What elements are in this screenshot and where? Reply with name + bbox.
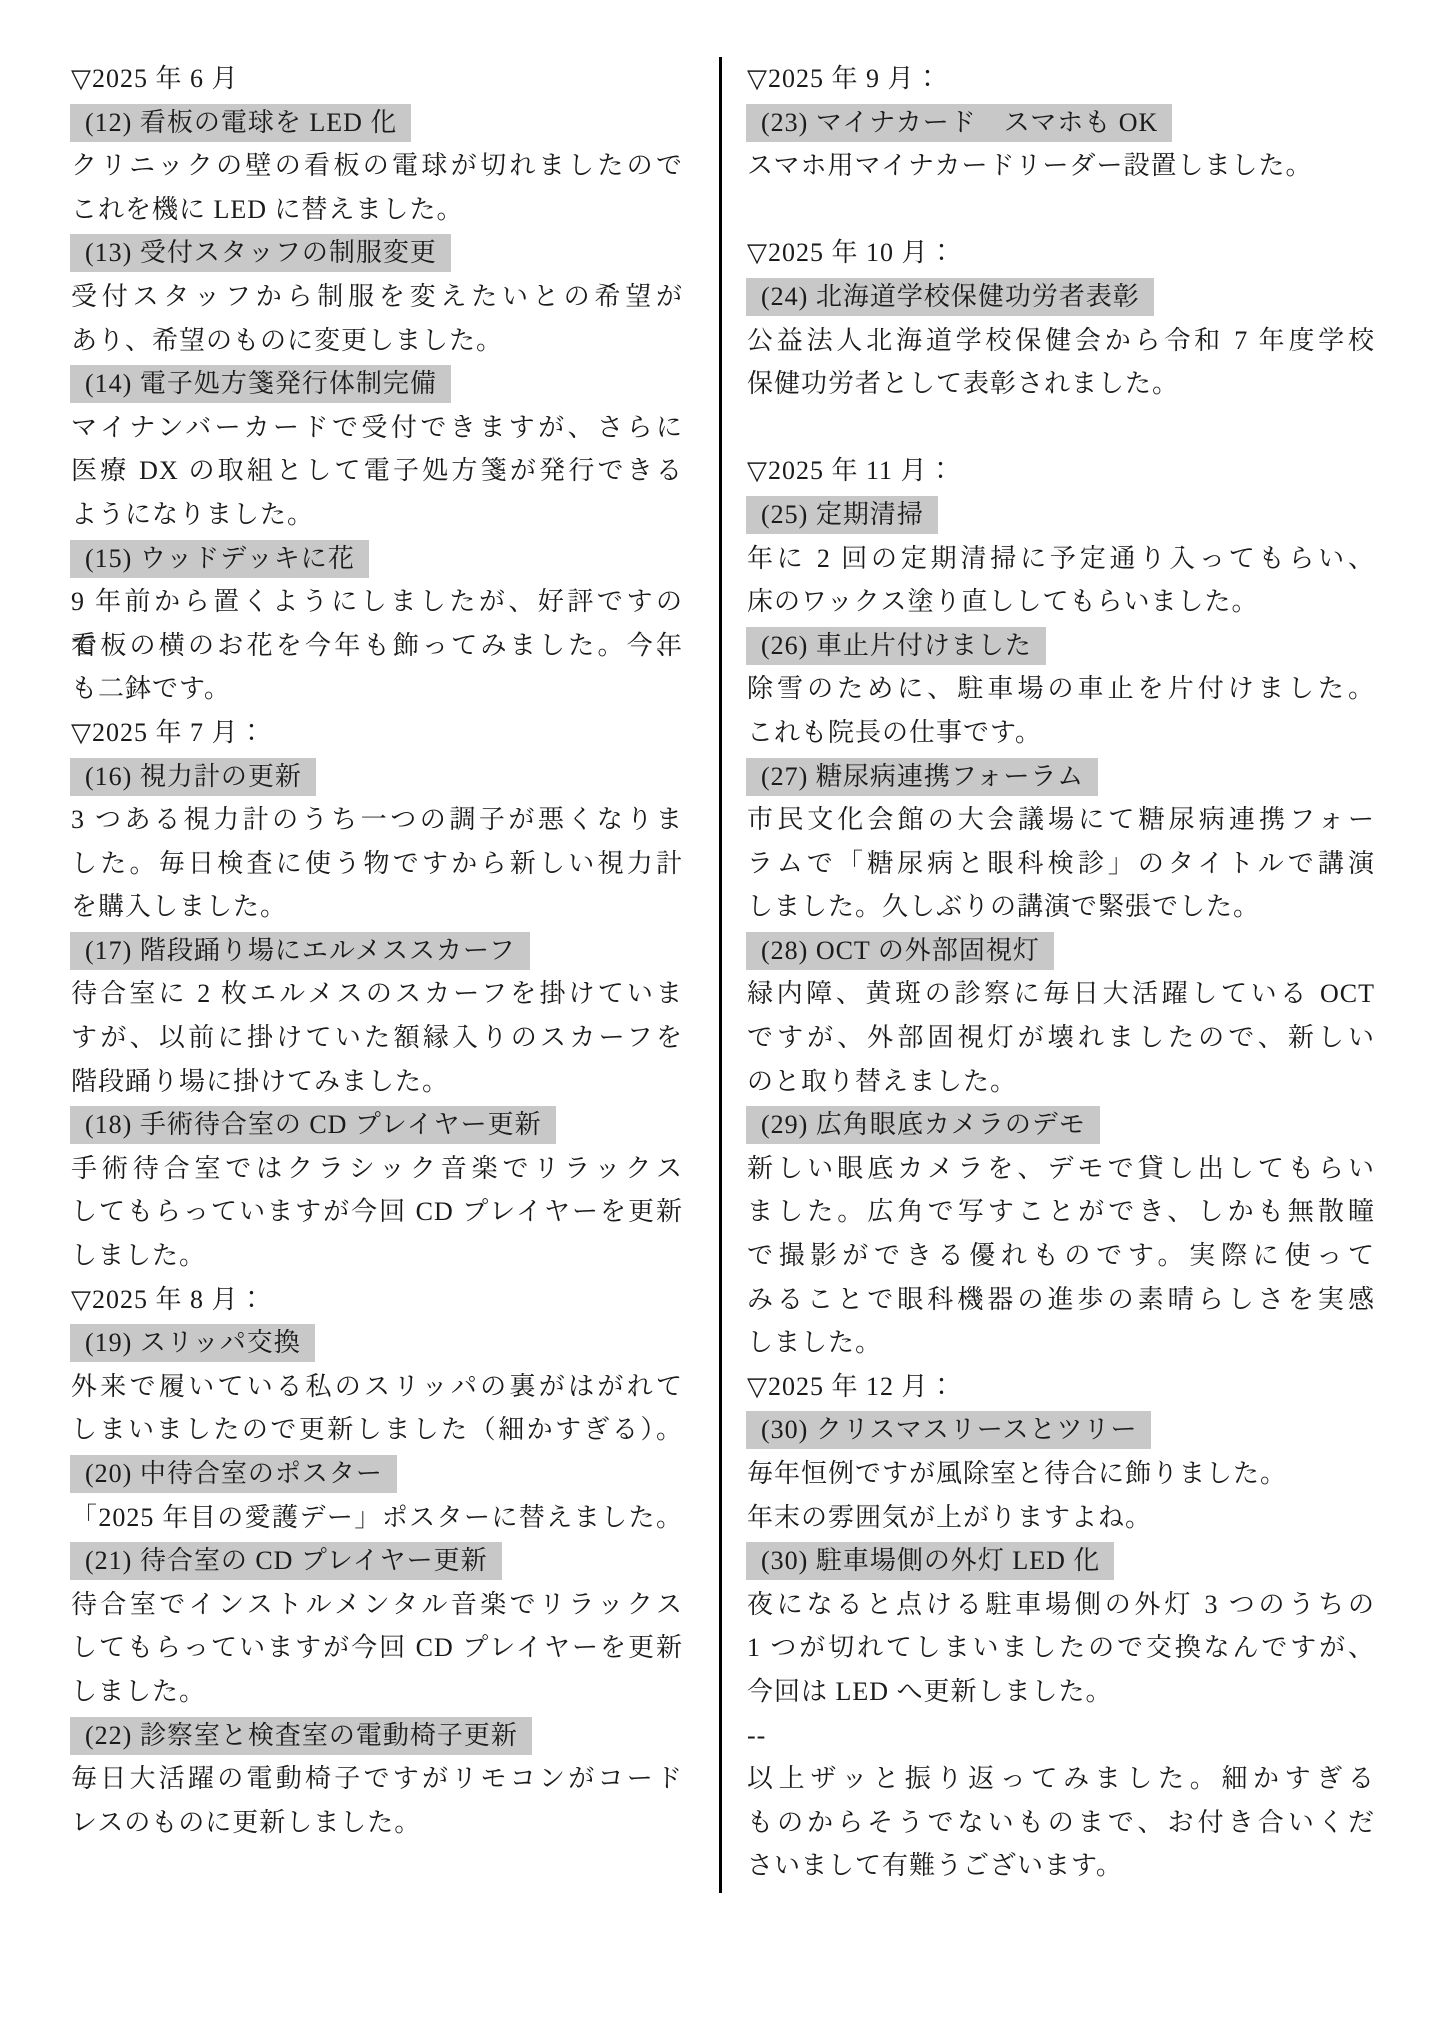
body-text-line: 待合室でインストルメンタル音楽でリラックス (71, 1583, 683, 1627)
item-heading: (25) 定期清掃 (747, 493, 1375, 537)
right-column: ▽2025 年 9 月：(23) マイナカード スマホも OKスマホ用マイナカー… (747, 57, 1375, 1888)
body-text-line: 緑内障、黄斑の診察に毎日大活躍している OCT (747, 972, 1375, 1016)
item-heading: (15) ウッドデッキに花 (71, 537, 683, 581)
section-month-label: ▽2025 年 7 月： (71, 711, 683, 755)
body-text-line: みることで眼科機器の進歩の素晴らしさを実感 (747, 1278, 1375, 1322)
body-text-line: ようになりました。 (71, 493, 683, 537)
heading-highlight: (24) 北海道学校保健功労者表彰 (746, 278, 1154, 316)
body-text-line: 年末の雰囲気が上がりますよね。 (747, 1496, 1375, 1540)
body-text-line: しました。 (71, 1670, 683, 1714)
item-heading: (14) 電子処方箋発行体制完備 (71, 362, 683, 406)
item-heading: (20) 中待合室のポスター (71, 1452, 683, 1496)
body-text-line: しました。 (71, 1234, 683, 1278)
body-text-line: 夜になると点ける駐車場側の外灯 3 つのうちの (747, 1583, 1375, 1627)
heading-highlight: (30) クリスマスリースとツリー (746, 1411, 1151, 1449)
item-heading: (17) 階段踊り場にエルメススカーフ (71, 929, 683, 973)
body-text-line: した。毎日検査に使う物ですから新しい視力計 (71, 842, 683, 886)
body-text-line: これも院長の仕事です。 (747, 711, 1375, 755)
body-text-line: スマホ用マイナカードリーダー設置しました。 (747, 144, 1375, 188)
heading-highlight: (19) スリッパ交換 (70, 1324, 315, 1362)
item-heading: (29) 広角眼底カメラのデモ (747, 1103, 1375, 1147)
body-text-line: 手術待合室ではクラシック音楽でリラックス (71, 1147, 683, 1191)
heading-highlight: (16) 視力計の更新 (70, 758, 316, 796)
body-text-line: ですが、外部固視灯が壊れましたので、新しい (747, 1016, 1375, 1060)
item-heading: (12) 看板の電球を LED 化 (71, 101, 683, 145)
body-text-line: 除雪のために、駐車場の車止を片付けました。 (747, 667, 1375, 711)
item-heading: (18) 手術待合室の CD プレイヤー更新 (71, 1103, 683, 1147)
heading-highlight: (13) 受付スタッフの制服変更 (70, 234, 451, 272)
item-heading: (30) 駐車場側の外灯 LED 化 (747, 1539, 1375, 1583)
body-text-line: 外来で履いている私のスリッパの裏がはがれて (71, 1365, 683, 1409)
separator-line: -- (747, 1714, 1375, 1758)
body-text-line: ました。広角で写すことができ、しかも無散瞳 (747, 1190, 1375, 1234)
body-text-line: 受付スタッフから制服を変えたいとの希望が (71, 275, 683, 319)
body-text-line: も二鉢です。 (71, 667, 683, 711)
item-heading: (24) 北海道学校保健功労者表彰 (747, 275, 1375, 319)
section-month-label: ▽2025 年 9 月： (747, 57, 1375, 101)
section-month-label: ▽2025 年 11 月： (747, 449, 1375, 493)
heading-highlight: (20) 中待合室のポスター (70, 1455, 397, 1493)
body-text-line: 毎日大活躍の電動椅子ですがリモコンがコード (71, 1757, 683, 1801)
heading-highlight: (22) 診察室と検査室の電動椅子更新 (70, 1717, 532, 1755)
blank-line (747, 188, 1375, 232)
body-text-line: 3 つある視力計のうち一つの調子が悪くなりま (71, 798, 683, 842)
body-text-line: さいまして有難うございます。 (747, 1844, 1375, 1888)
body-text-line: ものからそうでないものまで、お付き合いくだ (747, 1801, 1375, 1845)
item-heading: (26) 車止片付けました (747, 624, 1375, 668)
body-text-line: レスのものに更新しました。 (71, 1801, 683, 1845)
section-month-label: ▽2025 年 10 月： (747, 231, 1375, 275)
body-text-line: ラムで「糖尿病と眼科検診」のタイトルで講演 (747, 842, 1375, 886)
heading-highlight: (30) 駐車場側の外灯 LED 化 (746, 1542, 1114, 1580)
body-text-line: 看板の横のお花を今年も飾ってみました。今年 (71, 624, 683, 668)
heading-highlight: (29) 広角眼底カメラのデモ (746, 1106, 1100, 1144)
body-text-line: クリニックの壁の看板の電球が切れましたので (71, 144, 683, 188)
body-text-line: 床のワックス塗り直ししてもらいました。 (747, 580, 1375, 624)
body-text-line: してもらっていますが今回 CD プレイヤーを更新 (71, 1626, 683, 1670)
item-heading: (22) 診察室と検査室の電動椅子更新 (71, 1714, 683, 1758)
heading-highlight: (21) 待合室の CD プレイヤー更新 (70, 1542, 502, 1580)
body-text-line: マイナンバーカードで受付できますが、さらに (71, 406, 683, 450)
body-text-line: 階段踊り場に掛けてみました。 (71, 1060, 683, 1104)
body-text-line: 公益法人北海道学校保健会から令和 7 年度学校 (747, 319, 1375, 363)
item-heading: (30) クリスマスリースとツリー (747, 1408, 1375, 1452)
item-heading: (16) 視力計の更新 (71, 755, 683, 799)
heading-highlight: (18) 手術待合室の CD プレイヤー更新 (70, 1106, 556, 1144)
body-text-line: 毎年恒例ですが風除室と待合に飾りました。 (747, 1452, 1375, 1496)
item-heading: (28) OCT の外部固視灯 (747, 929, 1375, 973)
heading-highlight: (23) マイナカード スマホも OK (746, 104, 1172, 142)
body-text-line: のと取り替えました。 (747, 1060, 1375, 1104)
heading-highlight: (15) ウッドデッキに花 (70, 540, 369, 578)
body-text-line: すが、以前に掛けていた額縁入りのスカーフを (71, 1016, 683, 1060)
section-month-label: ▽2025 年 12 月： (747, 1365, 1375, 1409)
body-text-line: を購入しました。 (71, 885, 683, 929)
heading-highlight: (27) 糖尿病連携フォーラム (746, 758, 1098, 796)
blank-line (747, 406, 1375, 450)
item-heading: (27) 糖尿病連携フォーラム (747, 755, 1375, 799)
body-text-line: 保健功労者として表彰されました。 (747, 362, 1375, 406)
body-text-line: 1 つが切れてしまいましたので交換なんですが、 (747, 1626, 1375, 1670)
body-text-line: 「2025 年目の愛護デー」ポスターに替えました。 (71, 1496, 683, 1540)
body-text-line: 以上ザッと振り返ってみました。細かすぎる (747, 1757, 1375, 1801)
heading-highlight: (25) 定期清掃 (746, 496, 938, 534)
body-text-line: しました。 (747, 1321, 1375, 1365)
heading-highlight: (12) 看板の電球を LED 化 (70, 104, 411, 142)
body-text-line: 9 年前から置くようにしましたが、好評ですので、 (71, 580, 683, 624)
item-heading: (23) マイナカード スマホも OK (747, 101, 1375, 145)
body-text-line: 待合室に 2 枚エルメスのスカーフを掛けていま (71, 972, 683, 1016)
heading-highlight: (14) 電子処方箋発行体制完備 (70, 365, 451, 403)
body-text-line: 年に 2 回の定期清掃に予定通り入ってもらい、 (747, 537, 1375, 581)
heading-highlight: (28) OCT の外部固視灯 (746, 932, 1054, 970)
body-text-line: 今回は LED へ更新しました。 (747, 1670, 1375, 1714)
section-month-label: ▽2025 年 8 月： (71, 1278, 683, 1322)
heading-highlight: (26) 車止片付けました (746, 627, 1046, 665)
item-heading: (13) 受付スタッフの制服変更 (71, 231, 683, 275)
body-text-line: してもらっていますが今回 CD プレイヤーを更新 (71, 1190, 683, 1234)
item-heading: (21) 待合室の CD プレイヤー更新 (71, 1539, 683, 1583)
body-text-line: で撮影ができる優れものです。実際に使って (747, 1234, 1375, 1278)
body-text-line: あり、希望のものに変更しました。 (71, 319, 683, 363)
section-month-label: ▽2025 年 6 月 (71, 57, 683, 101)
document-page: ▽2025 年 6 月(12) 看板の電球を LED 化クリニックの壁の看板の電… (0, 0, 1440, 2036)
column-divider (719, 57, 722, 1893)
item-heading: (19) スリッパ交換 (71, 1321, 683, 1365)
left-column: ▽2025 年 6 月(12) 看板の電球を LED 化クリニックの壁の看板の電… (71, 57, 683, 1844)
body-text-line: 新しい眼底カメラを、デモで貸し出してもらい (747, 1147, 1375, 1191)
body-text-line: しました。久しぶりの講演で緊張でした。 (747, 885, 1375, 929)
heading-highlight: (17) 階段踊り場にエルメススカーフ (70, 932, 530, 970)
body-text-line: しまいましたので更新しました（細かすぎる）。 (71, 1408, 683, 1452)
body-text-line: 市民文化会館の大会議場にて糖尿病連携フォー (747, 798, 1375, 842)
body-text-line: 医療 DX の取組として電子処方箋が発行できる (71, 449, 683, 493)
body-text-line: これを機に LED に替えました。 (71, 188, 683, 232)
